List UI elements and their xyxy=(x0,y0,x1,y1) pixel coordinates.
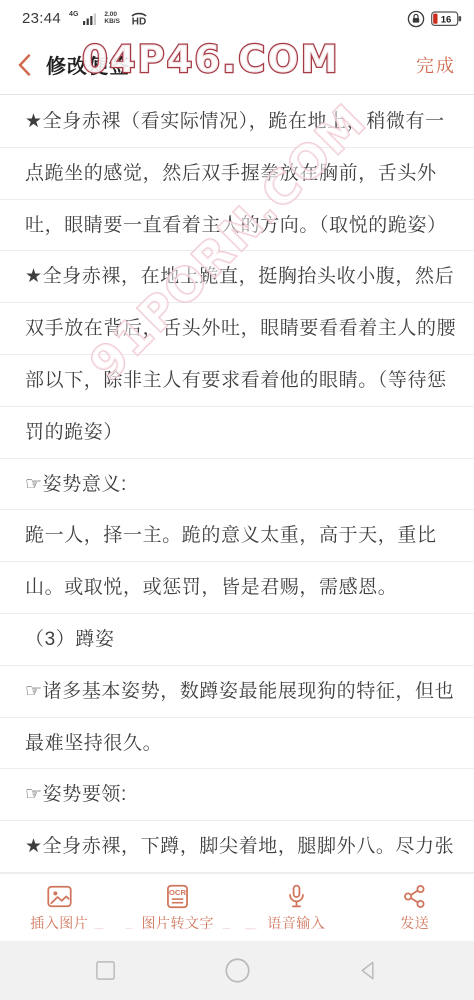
editor-toolbar: 插入图片 OCR 图片转文字 语音输入 xyxy=(0,873,474,941)
back-button[interactable] xyxy=(18,54,31,76)
back-nav-button[interactable] xyxy=(357,959,380,982)
voice-input-button[interactable]: 语音输入 xyxy=(237,874,356,941)
note-line[interactable]: ★全身赤裸（看实际情况），跪在地上，稍微有一 xyxy=(0,96,474,148)
toolbar-item-label: 发送 xyxy=(400,913,429,933)
note-line[interactable]: 点跪坐的感觉，然后双手握拳放在胸前，舌头外 xyxy=(0,148,474,200)
note-line[interactable]: 最难坚持很久。 xyxy=(0,718,474,770)
svg-text:HD: HD xyxy=(132,17,146,27)
recents-square-icon xyxy=(94,959,117,982)
note-line[interactable]: ☞姿势要领: xyxy=(0,769,474,821)
status-bar: 23:44 4G 2.00 KB/S HD xyxy=(0,0,474,35)
android-nav-bar xyxy=(0,941,474,1000)
done-button[interactable]: 完成 xyxy=(416,52,456,78)
clock: 23:44 xyxy=(22,10,61,27)
back-triangle-icon xyxy=(357,959,380,982)
network-type-label: 4G xyxy=(69,11,78,18)
note-body[interactable]: ★全身赤裸（看实际情况），跪在地上，稍微有一点跪坐的感觉，然后双手握拳放在胸前，… xyxy=(0,96,474,873)
note-line[interactable]: 吐，眼睛要一直看着主人的方向。（取悦的跪姿） xyxy=(0,200,474,252)
note-line[interactable]: 部以下，除非主人有要求看着他的眼睛。（等待惩 xyxy=(0,355,474,407)
volte-hd-icon: HD xyxy=(128,11,150,26)
note-line[interactable]: ☞姿势意义: xyxy=(0,459,474,511)
note-line[interactable]: 山。或取悦，或惩罚，皆是君赐，需感恩。 xyxy=(0,562,474,614)
status-right: 16 xyxy=(407,10,462,28)
battery-percent: 16 xyxy=(441,14,452,25)
note-line[interactable]: ★全身赤裸，下蹲，脚尖着地，腿脚外八。尽力张 xyxy=(0,821,474,873)
battery-icon: 16 xyxy=(431,11,462,27)
speed-unit: KB/S xyxy=(104,19,120,26)
image-to-text-button[interactable]: OCR 图片转文字 xyxy=(119,874,238,941)
phone-screen: 23:44 4G 2.00 KB/S HD xyxy=(0,0,474,1000)
toolbar-item-label: 图片转文字 xyxy=(142,913,215,933)
header: 修改便签 完成 xyxy=(0,35,474,95)
microphone-icon xyxy=(283,883,310,910)
note-line[interactable]: 罚的跪姿） xyxy=(0,407,474,459)
chevron-left-icon xyxy=(18,54,31,76)
note-line[interactable]: ☞诸多基本姿势，数蹲姿最能展现狗的特征，但也 xyxy=(0,666,474,718)
recents-button[interactable] xyxy=(94,959,117,982)
send-button[interactable]: 发送 xyxy=(356,874,474,941)
ocr-icon: OCR xyxy=(164,883,191,910)
rotation-lock-icon xyxy=(407,10,425,28)
status-left: 23:44 4G 2.00 KB/S HD xyxy=(22,10,150,27)
home-circle-icon xyxy=(224,957,251,984)
signal-bars-icon xyxy=(83,13,97,25)
home-button[interactable] xyxy=(224,957,251,984)
toolbar-item-label: 语音输入 xyxy=(267,913,325,933)
insert-image-button[interactable]: 插入图片 xyxy=(0,874,119,941)
note-line[interactable]: ★全身赤裸，在地上跪直，挺胸抬头收小腹，然后 xyxy=(0,251,474,303)
svg-text:OCR: OCR xyxy=(169,887,187,896)
share-icon xyxy=(401,883,428,910)
network-speed: 2.00 KB/S xyxy=(104,12,120,25)
note-line[interactable]: 跪一人，择一主。跪的意义太重，高于天，重比 xyxy=(0,510,474,562)
insert-image-icon xyxy=(46,883,73,910)
page-title: 修改便签 xyxy=(46,50,130,79)
note-line[interactable]: 双手放在背后，舌头外吐，眼睛要看看着主人的腰 xyxy=(0,303,474,355)
note-line[interactable]: （3）蹲姿 xyxy=(0,614,474,666)
toolbar-item-label: 插入图片 xyxy=(30,913,88,933)
